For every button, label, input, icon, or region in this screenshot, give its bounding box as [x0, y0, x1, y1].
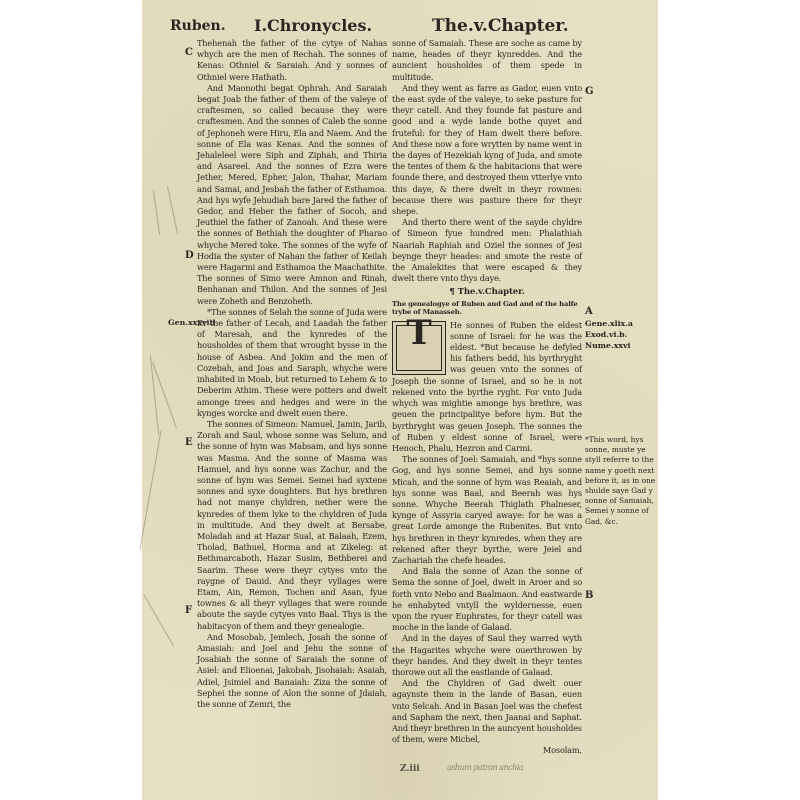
handwritten-scribble: [167, 185, 178, 234]
paragraph: And they went as farre as Gador, euen vn…: [392, 83, 582, 217]
margin-letter: D: [185, 250, 194, 261]
paragraph: sonne of Samaiah. These are soche as cam…: [392, 38, 582, 83]
book-title: I.Chronycles.: [254, 16, 372, 35]
paragraph: The sonnes of Simeon: Namuel, Jamin, Jar…: [197, 419, 387, 632]
catchword: Mosolam,: [392, 745, 582, 756]
chapter-heading-text: The.v.Chapter.: [458, 287, 525, 297]
margin-letter: E: [185, 437, 193, 448]
signature-mark: Z.iii: [400, 764, 420, 774]
initial-letter: T: [393, 328, 445, 339]
margin-note: *This word, hys sonne, muste ye styll re…: [585, 435, 659, 527]
pilcrow-icon: ¶: [449, 287, 454, 297]
margin-letter: A: [585, 306, 593, 317]
paragraph: The sonnes of Joel: Samaiah, and *hys so…: [392, 454, 582, 566]
paragraph: And Mosobab, Jemlech, Josah the sonne of…: [197, 632, 387, 710]
paragraph: *The sonnes of Selah the sonne of Juda w…: [197, 307, 387, 419]
dropcap-paragraph: T He sonnes of Ruben the eldest sonne of…: [392, 320, 582, 454]
margin-letter: B: [585, 590, 593, 601]
paragraph: And in the dayes of Saul they warred wyt…: [392, 633, 582, 678]
running-head-left: Ruben.: [170, 18, 226, 34]
handwritten-scribble: [143, 594, 174, 646]
margin-letter: C: [185, 47, 193, 58]
decorated-initial: T: [392, 321, 446, 375]
margin-crossref: Nume.xxvi: [585, 341, 631, 351]
left-column: Thehenah the father of the cytye of Naha…: [197, 38, 387, 710]
margin-crossref: Exod.vi.b.: [585, 330, 627, 340]
margin-letter: F: [185, 605, 192, 616]
running-header: Ruben. I.Chronycles. The.v.Chapter.: [142, 14, 658, 36]
paragraph: And the Chyldren of Gad dwelt ouer agayn…: [392, 678, 582, 745]
right-column: sonne of Samaiah. These are soche as cam…: [392, 38, 582, 757]
book-page: Ruben. I.Chronycles. The.v.Chapter. Theh…: [142, 0, 658, 800]
paragraph: And therto there went of the sayde chyld…: [392, 217, 582, 284]
paragraph: And Maonothi begat Ophrah. And Saraiah b…: [197, 83, 387, 307]
handwritten-note: ashum patron anchia: [447, 763, 523, 772]
margin-crossref: Gene.xlix.a: [585, 319, 633, 329]
chapter-heading: ¶ The.v.Chapter.: [392, 287, 582, 298]
margin-crossref: Gen.xxxviii: [168, 318, 215, 328]
paragraph: And Bala the sonne of Azan the sonne of …: [392, 566, 582, 633]
margin-letter: G: [585, 86, 594, 97]
handwritten-scribble: [153, 190, 160, 235]
chapter-label: The.v.Chapter.: [432, 16, 569, 36]
paragraph: Thehenah the father of the cytye of Naha…: [197, 38, 387, 83]
handwritten-scribble: [140, 431, 162, 549]
